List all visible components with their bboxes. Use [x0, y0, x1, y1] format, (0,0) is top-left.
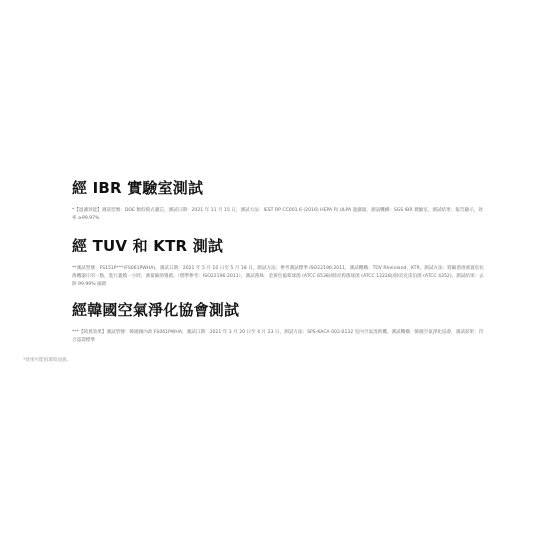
section-body: ***【除異效果】測試型號：韓國國內款 FS061PWHA，測試日期：2021 … [72, 329, 484, 345]
footnote: *效果可能因環境而異。 [23, 357, 71, 365]
section-title: 經 TUV 和 KTR 測試 [72, 236, 484, 256]
ibr-lab-test-section: 經 IBR 實驗室測試 *【過濾效能】測試型號：DOE 類似模式濾芯，測試日期：… [72, 178, 484, 223]
section-title: 經韓國空氣淨化協會測試 [72, 300, 484, 320]
korea-air-purifier-association-test-section: 經韓國空氣淨化協會測試 ***【除異效果】測試型號：韓國國內款 FS061PWH… [72, 300, 484, 345]
section-title: 經 IBR 實驗室測試 [72, 178, 484, 198]
section-body: **測試型號：FS151P***(FS061PWHA)，測試日期：2021 年 … [72, 265, 484, 289]
tuv-ktr-test-section: 經 TUV 和 KTR 測試 **測試型號：FS151P***(FS061PWH… [72, 236, 484, 289]
section-body: *【過濾效能】測試型號：DOE 類似模式濾芯，測試日期：2021 年 11 月 … [72, 207, 484, 223]
